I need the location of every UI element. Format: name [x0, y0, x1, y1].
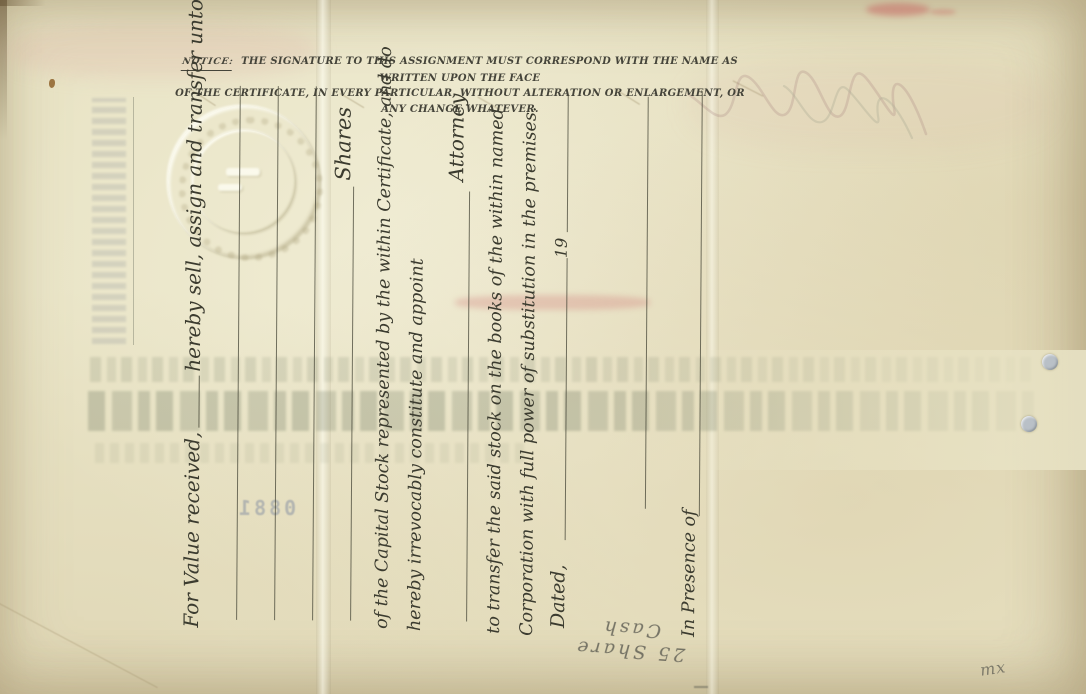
form-line-capital-stock: of the Capital Stock represented by the …	[372, 93, 396, 629]
year-blank-line	[567, 95, 569, 232]
ruled-blank-line	[236, 86, 241, 620]
dated-blank-line	[565, 258, 568, 540]
certificate-back-scan: 0881 NOTICE: THE SIGNATURE TO THIS ASSIG…	[0, 0, 1086, 694]
pencil-corner-mark: mx	[979, 657, 1008, 679]
ruled-blank-line	[350, 187, 354, 621]
form-line-constitute-appoint: hereby irrevocably constitute and appoin…	[405, 283, 427, 631]
attorney-label: Attorney	[444, 109, 469, 181]
witness-label: In Presence of	[679, 519, 700, 637]
sell-assign-transfer-text: hereby sell, assign and transfer unto	[181, 0, 208, 372]
ruled-blank-line	[645, 97, 649, 509]
form-line-value-received: For Value received,hereby sell, assign a…	[179, 85, 207, 627]
punch-hole	[1021, 416, 1037, 432]
assignment-form: For Value received,hereby sell, assign a…	[0, 0, 1086, 694]
shares-label: Shares	[331, 105, 356, 181]
ruled-blank-line	[312, 86, 317, 620]
form-line-transfer-stock: to transfer the said stock on the books …	[484, 92, 508, 634]
ruled-blank-line	[274, 86, 279, 620]
value-received-text: For Value received,	[179, 432, 204, 628]
fill-in-blank	[194, 376, 199, 428]
year-prefix: 19	[552, 230, 571, 258]
witness-signature-line	[699, 91, 703, 516]
form-line-substitution: Corporation with full power of substitut…	[517, 94, 541, 636]
pencil-dash-mark	[694, 686, 708, 688]
ruled-blank-line	[466, 191, 470, 621]
punch-hole	[1042, 354, 1058, 370]
